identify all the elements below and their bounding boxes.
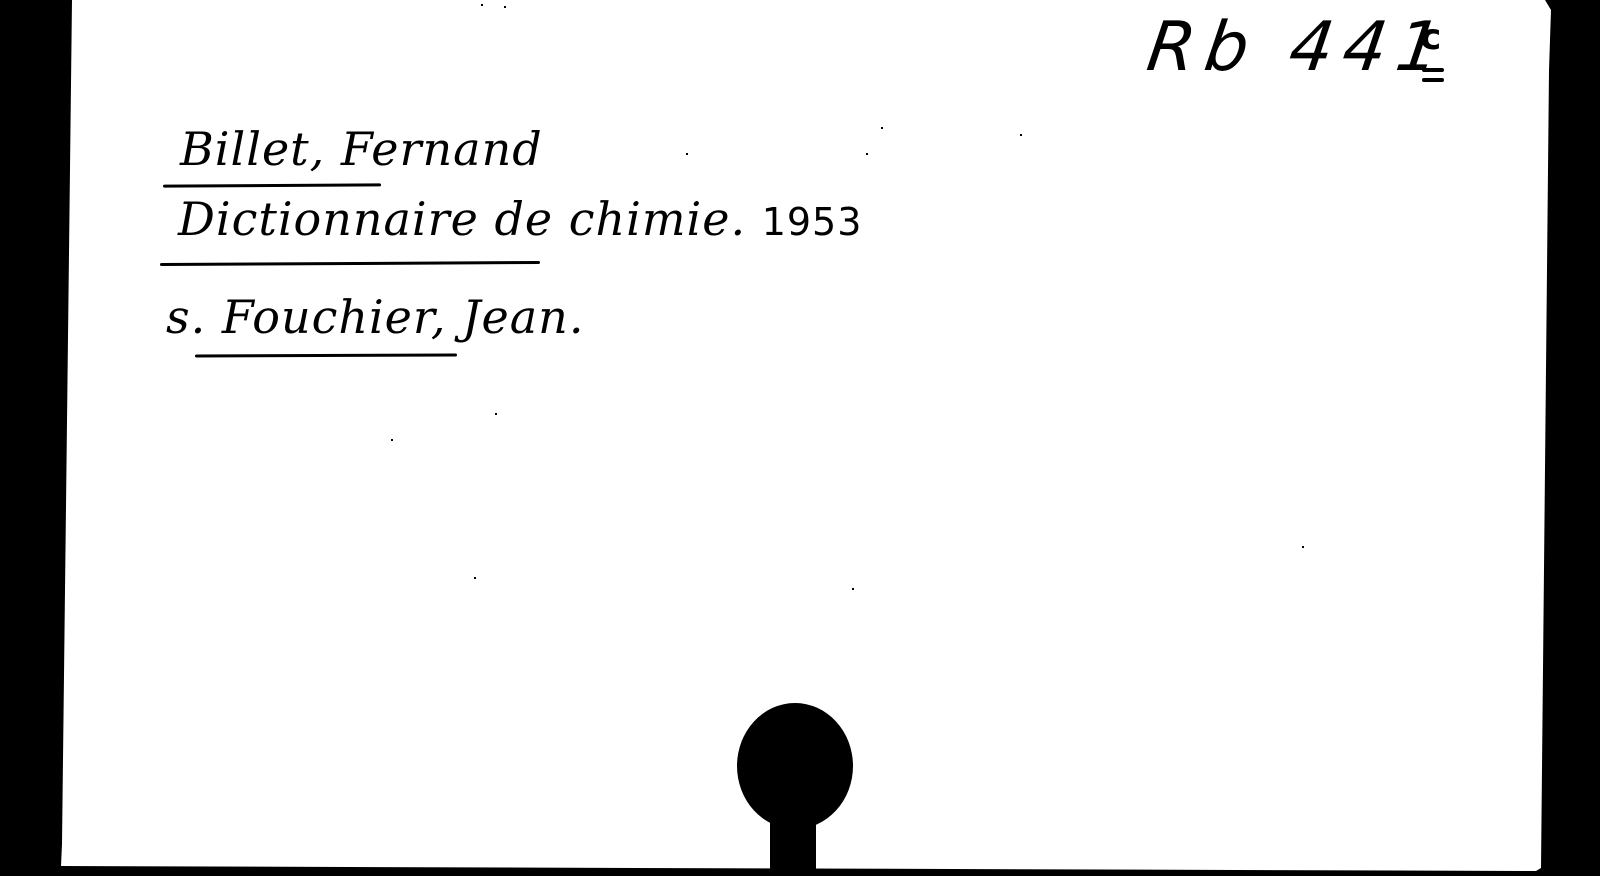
see-separator: ,: [431, 290, 447, 344]
title-rest: de chimie: [494, 192, 730, 246]
call-suffix-letter: c: [1420, 20, 1441, 56]
scan-speck: [686, 153, 688, 155]
scan-speck: [391, 439, 393, 441]
see-given-name: Jean: [462, 290, 569, 344]
see-surname: Fouchier: [222, 290, 431, 344]
title-main: Dictionnaire: [178, 192, 479, 246]
author-given-name: Fernand: [341, 122, 543, 176]
see-prefix: s.: [166, 290, 206, 344]
call-number: Rb 441: [1143, 14, 1454, 82]
publication-year: 1953: [762, 200, 863, 244]
author-surname: Billet: [180, 122, 310, 176]
call-number-suffix: c: [1420, 20, 1448, 90]
suffix-underline-1: [1422, 68, 1444, 72]
scan-speck: [852, 588, 854, 590]
scan-background: Rb 441 c Billet, Fernand Dictionnaire de…: [0, 0, 1600, 876]
scan-speck: [495, 413, 497, 415]
title-separator: .: [730, 192, 746, 246]
scan-speck: [1302, 546, 1304, 548]
author-line: Billet, Fernand: [180, 126, 543, 172]
scan-speck: [866, 153, 868, 155]
scan-speck: [474, 577, 476, 579]
see-terminator: .: [569, 290, 585, 344]
catalog-card: Rb 441 c Billet, Fernand Dictionnaire de…: [0, 0, 1600, 876]
suffix-underline-2: [1422, 78, 1444, 82]
scan-speck: [481, 4, 483, 6]
scan-speck: [881, 127, 883, 129]
scan-speck: [504, 6, 506, 8]
author-separator: ,: [310, 122, 326, 176]
scan-speck: [1020, 134, 1022, 136]
see-reference-line: s. Fouchier, Jean.: [166, 294, 584, 340]
title-line: Dictionnaire de chimie. 1953: [178, 196, 862, 242]
